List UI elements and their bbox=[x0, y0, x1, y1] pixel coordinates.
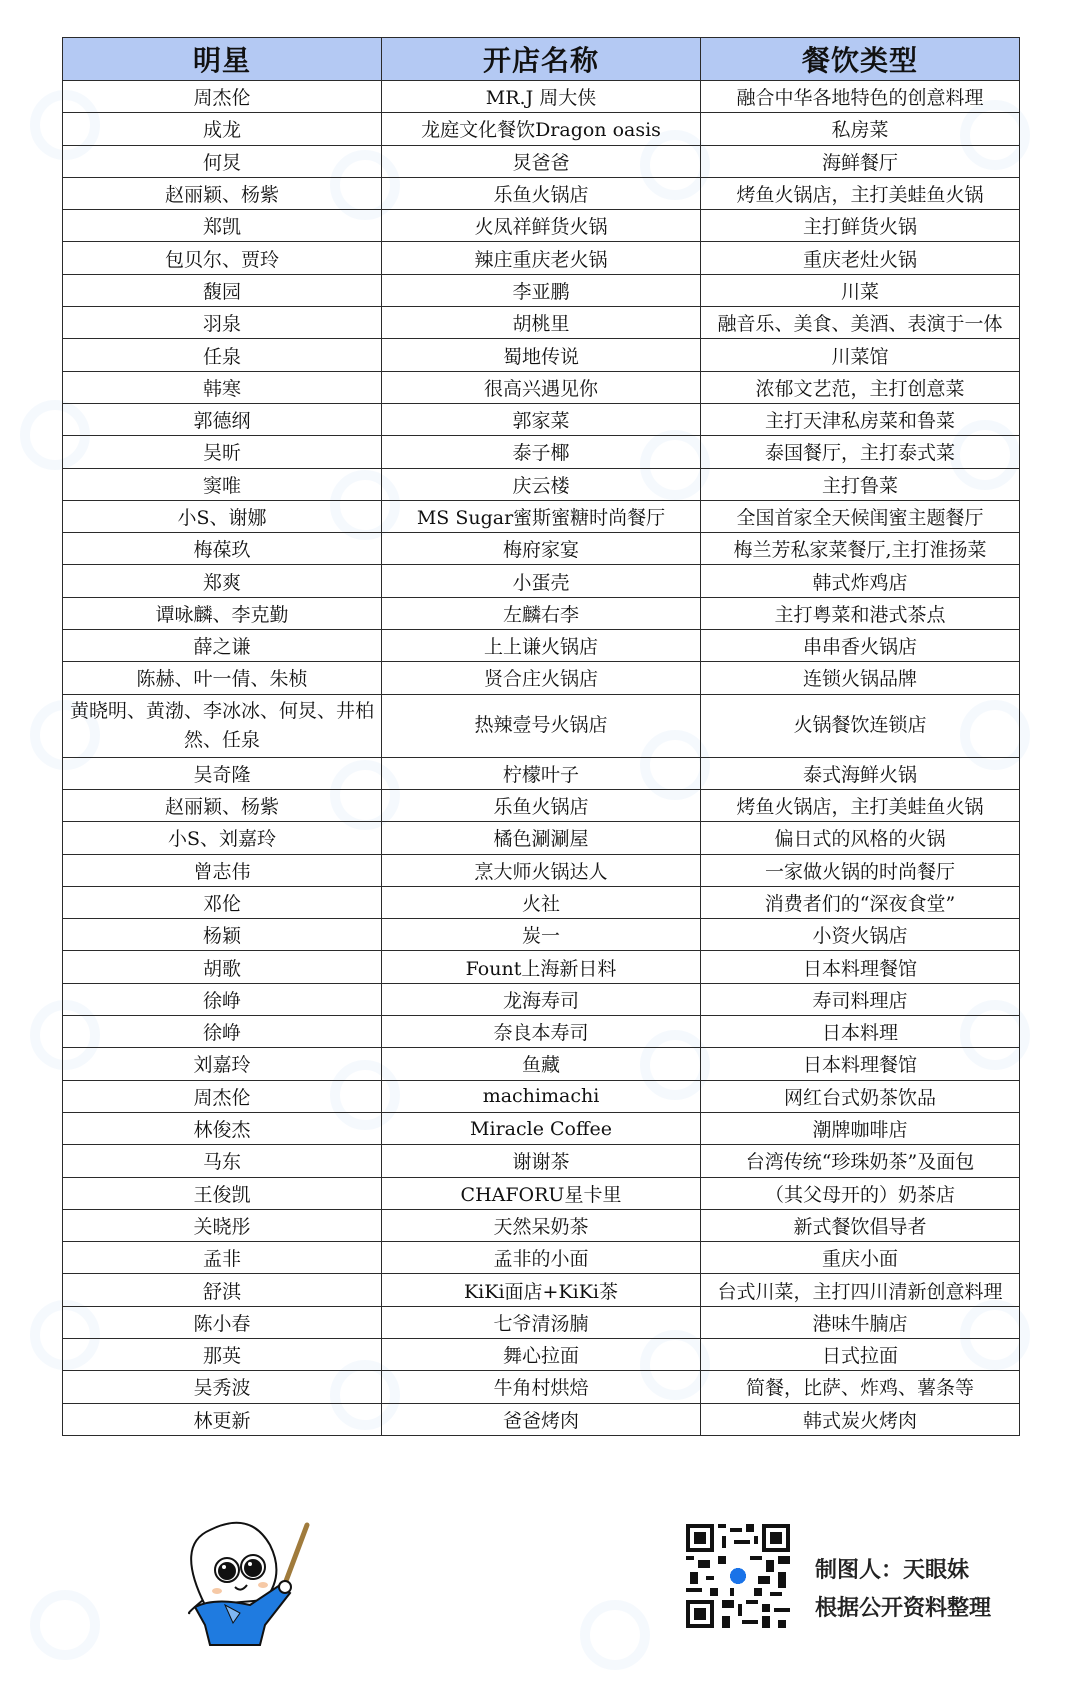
cell-cuisine-type: 日本料理餐馆 bbox=[701, 1048, 1020, 1080]
cell-restaurant-name: 柠檬叶子 bbox=[382, 757, 701, 789]
cell-celebrity: 舒淇 bbox=[63, 1274, 382, 1306]
cell-cuisine-type: 一家做火锅的时尚餐厅 bbox=[701, 854, 1020, 886]
cell-celebrity: 胡歌 bbox=[63, 951, 382, 983]
cell-celebrity: 薛之谦 bbox=[63, 630, 382, 662]
mascot-girl-icon bbox=[155, 1505, 315, 1650]
cell-celebrity: 郑爽 bbox=[63, 565, 382, 597]
celebrity-restaurant-table: 明星 开店名称 餐饮类型 周杰伦MR.J 周大侠融合中华各地特色的创意料理成龙龙… bbox=[62, 37, 1020, 1436]
cell-celebrity: 徐峥 bbox=[63, 1016, 382, 1048]
table-row: 孟非孟非的小面重庆小面 bbox=[63, 1242, 1020, 1274]
table-row: 何炅炅爸爸海鲜餐厅 bbox=[63, 145, 1020, 177]
cell-cuisine-type: 烤鱼火锅店，主打美蛙鱼火锅 bbox=[701, 177, 1020, 209]
cell-cuisine-type: 日本料理 bbox=[701, 1016, 1020, 1048]
cell-restaurant-name: machimachi bbox=[382, 1080, 701, 1112]
cell-restaurant-name: 很高兴遇见你 bbox=[382, 371, 701, 403]
table-row: 郑凯火凤祥鲜货火锅主打鲜货火锅 bbox=[63, 210, 1020, 242]
cell-restaurant-name: 谢谢茶 bbox=[382, 1145, 701, 1177]
cell-restaurant-name: 胡桃里 bbox=[382, 307, 701, 339]
cell-celebrity: 何炅 bbox=[63, 145, 382, 177]
cell-celebrity: 梅葆玖 bbox=[63, 533, 382, 565]
cell-celebrity: 孟非 bbox=[63, 1242, 382, 1274]
cell-restaurant-name: MR.J 周大侠 bbox=[382, 81, 701, 113]
cell-celebrity: 小S、刘嘉玲 bbox=[63, 822, 382, 854]
table-row: 那英舞心拉面日式拉面 bbox=[63, 1338, 1020, 1370]
cell-restaurant-name: MS Sugar蜜斯蜜糖时尚餐厅 bbox=[382, 500, 701, 532]
cell-restaurant-name: 牛角村烘焙 bbox=[382, 1371, 701, 1403]
watermark-logo-icon bbox=[580, 1600, 650, 1670]
cell-celebrity: 窦唯 bbox=[63, 468, 382, 500]
cell-cuisine-type: 日本料理餐馆 bbox=[701, 951, 1020, 983]
table-row: 马东谢谢茶台湾传统“珍珠奶茶”及面包 bbox=[63, 1145, 1020, 1177]
cell-cuisine-type: 串串香火锅店 bbox=[701, 630, 1020, 662]
table-row: 徐峥龙海寿司寿司料理店 bbox=[63, 983, 1020, 1015]
cell-restaurant-name: 炭一 bbox=[382, 919, 701, 951]
cell-restaurant-name: 小蛋壳 bbox=[382, 565, 701, 597]
table-row: 陈小春七爷清汤腩港味牛腩店 bbox=[63, 1306, 1020, 1338]
cell-restaurant-name: 梅府家宴 bbox=[382, 533, 701, 565]
table-row: 谭咏麟、李克勤左麟右李主打粤菜和港式茶点 bbox=[63, 597, 1020, 629]
credit-author: 制图人：天眼妹 bbox=[815, 1553, 969, 1584]
table-row: 舒淇KiKi面店+KiKi茶台式川菜，主打四川清新创意料理 bbox=[63, 1274, 1020, 1306]
cell-restaurant-name: 烹大师火锅达人 bbox=[382, 854, 701, 886]
table-row: 曾志伟烹大师火锅达人一家做火锅的时尚餐厅 bbox=[63, 854, 1020, 886]
cell-celebrity: 郑凯 bbox=[63, 210, 382, 242]
header-restaurant-name: 开店名称 bbox=[382, 38, 701, 81]
cell-cuisine-type: （其父母开的）奶茶店 bbox=[701, 1177, 1020, 1209]
table-row: 徐峥奈良本寿司日本料理 bbox=[63, 1016, 1020, 1048]
cell-celebrity: 赵丽颖、杨紫 bbox=[63, 789, 382, 821]
table-row: 窦唯庆云楼主打鲁菜 bbox=[63, 468, 1020, 500]
cell-restaurant-name: 舞心拉面 bbox=[382, 1338, 701, 1370]
cell-restaurant-name: 辣庄重庆老火锅 bbox=[382, 242, 701, 274]
cell-celebrity: 小S、谢娜 bbox=[63, 500, 382, 532]
cell-cuisine-type: 新式餐饮倡导者 bbox=[701, 1209, 1020, 1241]
cell-cuisine-type: 主打鲁菜 bbox=[701, 468, 1020, 500]
cell-cuisine-type: 重庆小面 bbox=[701, 1242, 1020, 1274]
cell-celebrity: 羽泉 bbox=[63, 307, 382, 339]
cell-cuisine-type: 融合中华各地特色的创意料理 bbox=[701, 81, 1020, 113]
cell-restaurant-name: 蜀地传说 bbox=[382, 339, 701, 371]
table-row: 羽泉胡桃里融音乐、美食、美酒、表演于一体 bbox=[63, 307, 1020, 339]
watermark-logo-icon bbox=[30, 1590, 100, 1660]
cell-restaurant-name: 上上谦火锅店 bbox=[382, 630, 701, 662]
table-row: 郭德纲郭家菜主打天津私房菜和鲁菜 bbox=[63, 403, 1020, 435]
cell-celebrity: 馥园 bbox=[63, 274, 382, 306]
cell-celebrity: 马东 bbox=[63, 1145, 382, 1177]
cell-celebrity: 包贝尔、贾玲 bbox=[63, 242, 382, 274]
table-row: 任泉蜀地传说川菜馆 bbox=[63, 339, 1020, 371]
table-row: 周杰伦MR.J 周大侠融合中华各地特色的创意料理 bbox=[63, 81, 1020, 113]
cell-celebrity: 黄晓明、黄渤、李冰冰、何炅、井柏然、任泉 bbox=[63, 694, 382, 757]
cell-celebrity: 陈小春 bbox=[63, 1306, 382, 1338]
table-row: 馥园李亚鹏川菜 bbox=[63, 274, 1020, 306]
cell-celebrity: 邓伦 bbox=[63, 886, 382, 918]
cell-cuisine-type: 主打天津私房菜和鲁菜 bbox=[701, 403, 1020, 435]
cell-cuisine-type: 潮牌咖啡店 bbox=[701, 1112, 1020, 1144]
table-row: 赵丽颖、杨紫乐鱼火锅店烤鱼火锅店，主打美蛙鱼火锅 bbox=[63, 177, 1020, 209]
table-row: 黄晓明、黄渤、李冰冰、何炅、井柏然、任泉热辣壹号火锅店火锅餐饮连锁店 bbox=[63, 694, 1020, 757]
cell-celebrity: 赵丽颖、杨紫 bbox=[63, 177, 382, 209]
header-celebrity: 明星 bbox=[63, 38, 382, 81]
table-row: 周杰伦machimachi网红台式奶茶饮品 bbox=[63, 1080, 1020, 1112]
table-row: 吴昕泰子椰泰国餐厅，主打泰式菜 bbox=[63, 436, 1020, 468]
cell-cuisine-type: 火锅餐饮连锁店 bbox=[701, 694, 1020, 757]
cell-celebrity: 吴昕 bbox=[63, 436, 382, 468]
cell-cuisine-type: 台式川菜，主打四川清新创意料理 bbox=[701, 1274, 1020, 1306]
table-row: 包贝尔、贾玲辣庄重庆老火锅重庆老灶火锅 bbox=[63, 242, 1020, 274]
cell-celebrity: 曾志伟 bbox=[63, 854, 382, 886]
cell-cuisine-type: 消费者们的“深夜食堂” bbox=[701, 886, 1020, 918]
cell-cuisine-type: 主打粤菜和港式茶点 bbox=[701, 597, 1020, 629]
table-row: 吴奇隆柠檬叶子泰式海鲜火锅 bbox=[63, 757, 1020, 789]
cell-celebrity: 那英 bbox=[63, 1338, 382, 1370]
cell-cuisine-type: 台湾传统“珍珠奶茶”及面包 bbox=[701, 1145, 1020, 1177]
cell-celebrity: 林更新 bbox=[63, 1403, 382, 1435]
table-row: 林俊杰Miracle Coffee潮牌咖啡店 bbox=[63, 1112, 1020, 1144]
cell-restaurant-name: 乐鱼火锅店 bbox=[382, 177, 701, 209]
cell-celebrity: 王俊凯 bbox=[63, 1177, 382, 1209]
table-row: 林更新爸爸烤肉韩式炭火烤肉 bbox=[63, 1403, 1020, 1435]
cell-cuisine-type: 寿司料理店 bbox=[701, 983, 1020, 1015]
cell-cuisine-type: 梅兰芳私家菜餐厅,主打淮扬菜 bbox=[701, 533, 1020, 565]
cell-celebrity: 关晓彤 bbox=[63, 1209, 382, 1241]
table-row: 郑爽小蛋壳韩式炸鸡店 bbox=[63, 565, 1020, 597]
cell-cuisine-type: 小资火锅店 bbox=[701, 919, 1020, 951]
table-row: 邓伦火社消费者们的“深夜食堂” bbox=[63, 886, 1020, 918]
cell-cuisine-type: 海鲜餐厅 bbox=[701, 145, 1020, 177]
cell-celebrity: 成龙 bbox=[63, 113, 382, 145]
cell-cuisine-type: 泰国餐厅，主打泰式菜 bbox=[701, 436, 1020, 468]
cell-restaurant-name: 火凤祥鲜货火锅 bbox=[382, 210, 701, 242]
cell-restaurant-name: 左麟右李 bbox=[382, 597, 701, 629]
cell-celebrity: 刘嘉玲 bbox=[63, 1048, 382, 1080]
cell-restaurant-name: 泰子椰 bbox=[382, 436, 701, 468]
cell-restaurant-name: Miracle Coffee bbox=[382, 1112, 701, 1144]
cell-celebrity: 谭咏麟、李克勤 bbox=[63, 597, 382, 629]
cell-restaurant-name: 奈良本寿司 bbox=[382, 1016, 701, 1048]
table-row: 薛之谦上上谦火锅店串串香火锅店 bbox=[63, 630, 1020, 662]
cell-cuisine-type: 烤鱼火锅店，主打美蛙鱼火锅 bbox=[701, 789, 1020, 821]
cell-cuisine-type: 韩式炭火烤肉 bbox=[701, 1403, 1020, 1435]
cell-cuisine-type: 泰式海鲜火锅 bbox=[701, 757, 1020, 789]
cell-restaurant-name: CHAFORU星卡里 bbox=[382, 1177, 701, 1209]
cell-restaurant-name: 鱼藏 bbox=[382, 1048, 701, 1080]
cell-cuisine-type: 全国首家全天候闺蜜主题餐厅 bbox=[701, 500, 1020, 532]
cell-restaurant-name: Fount上海新日料 bbox=[382, 951, 701, 983]
table-row: 关晓彤天然呆奶茶新式餐饮倡导者 bbox=[63, 1209, 1020, 1241]
cell-restaurant-name: 郭家菜 bbox=[382, 403, 701, 435]
cell-restaurant-name: 龙庭文化餐饮Dragon oasis bbox=[382, 113, 701, 145]
cell-restaurant-name: 爸爸烤肉 bbox=[382, 1403, 701, 1435]
table-row: 小S、刘嘉玲橘色涮涮屋偏日式的风格的火锅 bbox=[63, 822, 1020, 854]
cell-cuisine-type: 川菜 bbox=[701, 274, 1020, 306]
cell-celebrity: 陈赫、叶一倩、朱桢 bbox=[63, 662, 382, 694]
cell-cuisine-type: 融音乐、美食、美酒、表演于一体 bbox=[701, 307, 1020, 339]
cell-cuisine-type: 日式拉面 bbox=[701, 1338, 1020, 1370]
table-row: 吴秀波牛角村烘焙简餐，比萨、炸鸡、薯条等 bbox=[63, 1371, 1020, 1403]
cell-restaurant-name: 乐鱼火锅店 bbox=[382, 789, 701, 821]
cell-restaurant-name: 热辣壹号火锅店 bbox=[382, 694, 701, 757]
cell-celebrity: 周杰伦 bbox=[63, 81, 382, 113]
cell-celebrity: 任泉 bbox=[63, 339, 382, 371]
cell-cuisine-type: 简餐，比萨、炸鸡、薯条等 bbox=[701, 1371, 1020, 1403]
cell-celebrity: 徐峥 bbox=[63, 983, 382, 1015]
table-row: 胡歌Fount上海新日料日本料理餐馆 bbox=[63, 951, 1020, 983]
cell-restaurant-name: 贤合庄火锅店 bbox=[382, 662, 701, 694]
cell-restaurant-name: 七爷清汤腩 bbox=[382, 1306, 701, 1338]
table-row: 陈赫、叶一倩、朱桢贤合庄火锅店连锁火锅品牌 bbox=[63, 662, 1020, 694]
cell-cuisine-type: 韩式炸鸡店 bbox=[701, 565, 1020, 597]
table-row: 成龙龙庭文化餐饮Dragon oasis私房菜 bbox=[63, 113, 1020, 145]
credit-source: 根据公开资料整理 bbox=[815, 1591, 991, 1622]
cell-cuisine-type: 私房菜 bbox=[701, 113, 1020, 145]
cell-restaurant-name: 李亚鹏 bbox=[382, 274, 701, 306]
table-row: 小S、谢娜MS Sugar蜜斯蜜糖时尚餐厅全国首家全天候闺蜜主题餐厅 bbox=[63, 500, 1020, 532]
header-cuisine-type: 餐饮类型 bbox=[701, 38, 1020, 81]
cell-cuisine-type: 港味牛腩店 bbox=[701, 1306, 1020, 1338]
cell-celebrity: 吴奇隆 bbox=[63, 757, 382, 789]
cell-cuisine-type: 连锁火锅品牌 bbox=[701, 662, 1020, 694]
table-row: 王俊凯CHAFORU星卡里（其父母开的）奶茶店 bbox=[63, 1177, 1020, 1209]
table-row: 赵丽颖、杨紫乐鱼火锅店烤鱼火锅店，主打美蛙鱼火锅 bbox=[63, 789, 1020, 821]
cell-restaurant-name: 庆云楼 bbox=[382, 468, 701, 500]
cell-cuisine-type: 浓郁文艺范，主打创意菜 bbox=[701, 371, 1020, 403]
cell-celebrity: 韩寒 bbox=[63, 371, 382, 403]
cell-restaurant-name: 炅爸爸 bbox=[382, 145, 701, 177]
table-header-row: 明星 开店名称 餐饮类型 bbox=[63, 38, 1020, 81]
table-row: 梅葆玖梅府家宴梅兰芳私家菜餐厅,主打淮扬菜 bbox=[63, 533, 1020, 565]
cell-celebrity: 杨颖 bbox=[63, 919, 382, 951]
cell-restaurant-name: KiKi面店+KiKi茶 bbox=[382, 1274, 701, 1306]
table-row: 韩寒很高兴遇见你浓郁文艺范，主打创意菜 bbox=[63, 371, 1020, 403]
cell-celebrity: 吴秀波 bbox=[63, 1371, 382, 1403]
cell-restaurant-name: 龙海寿司 bbox=[382, 983, 701, 1015]
cell-celebrity: 郭德纲 bbox=[63, 403, 382, 435]
cell-restaurant-name: 火社 bbox=[382, 886, 701, 918]
cell-celebrity: 林俊杰 bbox=[63, 1112, 382, 1144]
table-row: 杨颖炭一小资火锅店 bbox=[63, 919, 1020, 951]
cell-restaurant-name: 橘色涮涮屋 bbox=[382, 822, 701, 854]
cell-cuisine-type: 重庆老灶火锅 bbox=[701, 242, 1020, 274]
cell-restaurant-name: 孟非的小面 bbox=[382, 1242, 701, 1274]
cell-celebrity: 周杰伦 bbox=[63, 1080, 382, 1112]
table-row: 刘嘉玲鱼藏日本料理餐馆 bbox=[63, 1048, 1020, 1080]
cell-cuisine-type: 偏日式的风格的火锅 bbox=[701, 822, 1020, 854]
qr-code-icon[interactable] bbox=[686, 1524, 790, 1628]
cell-cuisine-type: 主打鲜货火锅 bbox=[701, 210, 1020, 242]
cell-cuisine-type: 网红台式奶茶饮品 bbox=[701, 1080, 1020, 1112]
cell-cuisine-type: 川菜馆 bbox=[701, 339, 1020, 371]
cell-restaurant-name: 天然呆奶茶 bbox=[382, 1209, 701, 1241]
